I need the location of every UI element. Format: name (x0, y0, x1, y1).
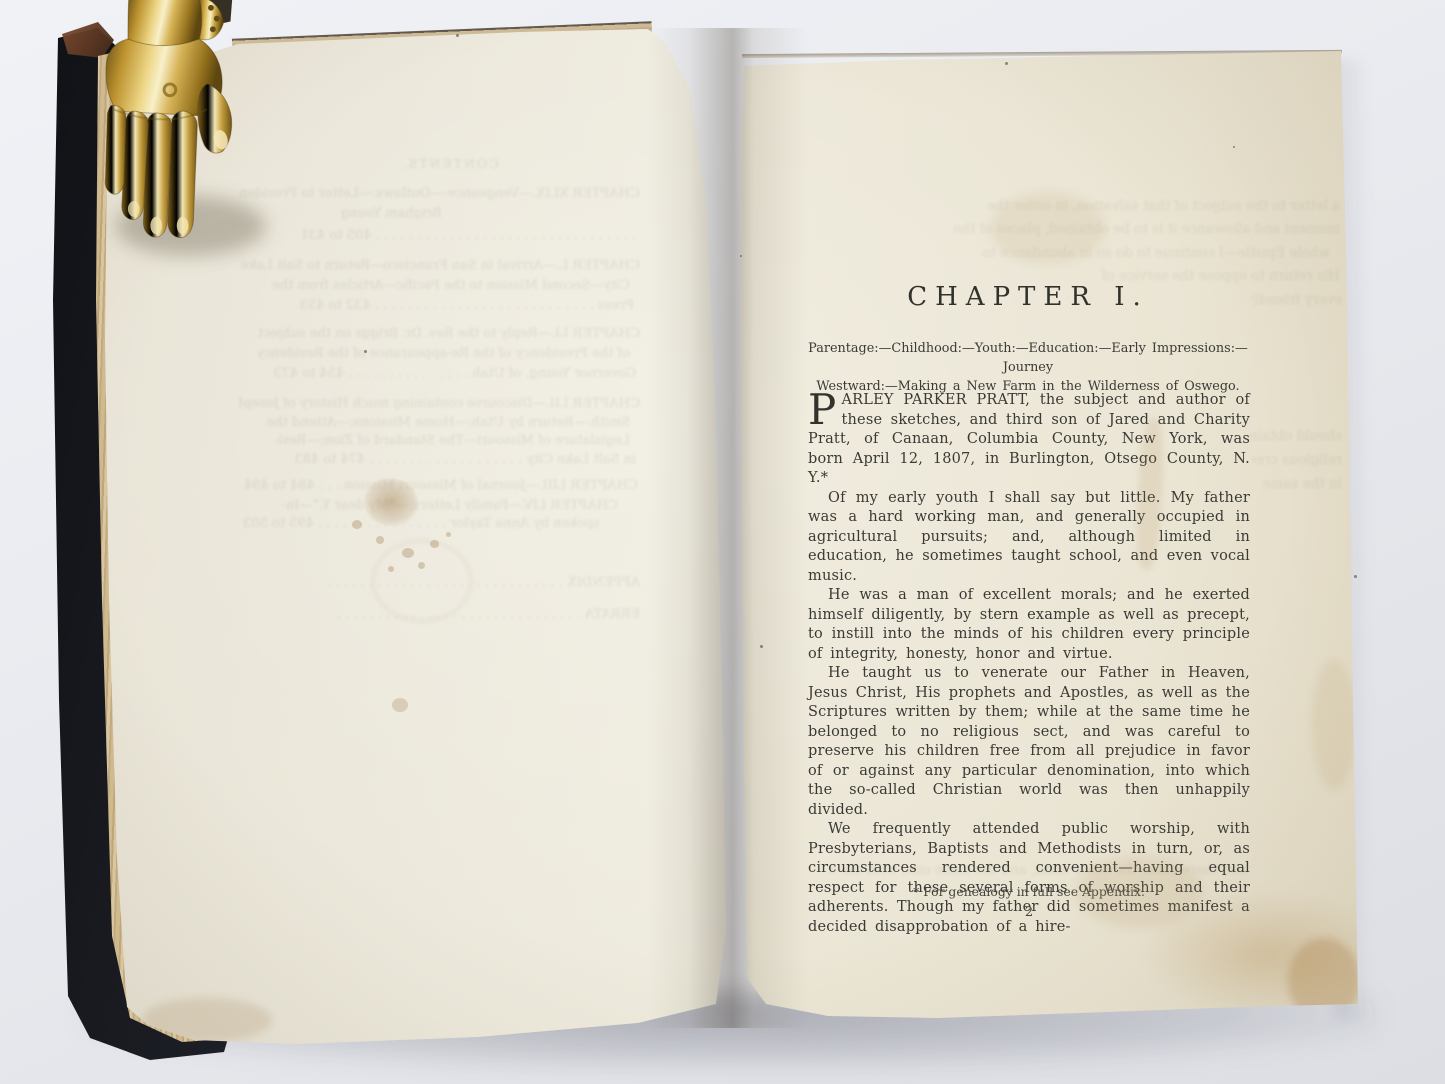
foxing-speck (456, 34, 459, 37)
foxing-speck (1005, 62, 1008, 65)
hand-wrist (128, 0, 202, 46)
gutter-shadow (648, 28, 808, 1028)
cuff-hole (208, 5, 214, 11)
hand-finger-pinky (105, 105, 126, 194)
cuff-hole (214, 16, 220, 22)
finger-nail (150, 217, 162, 235)
finger-nail (177, 217, 189, 235)
foxing-speck (364, 350, 367, 353)
photo-of-open-book: CONTENTS. CHAPTER XLIX.—Vengeance:—Outla… (0, 0, 1445, 1084)
brass-hand-clip (84, 0, 250, 250)
finger-nail (128, 201, 140, 217)
foxing-speck (760, 645, 763, 648)
foxing-speck (1233, 146, 1235, 148)
foxing-speck (740, 255, 742, 257)
cuff-hole (210, 26, 216, 32)
foxing-speck (1354, 575, 1357, 578)
